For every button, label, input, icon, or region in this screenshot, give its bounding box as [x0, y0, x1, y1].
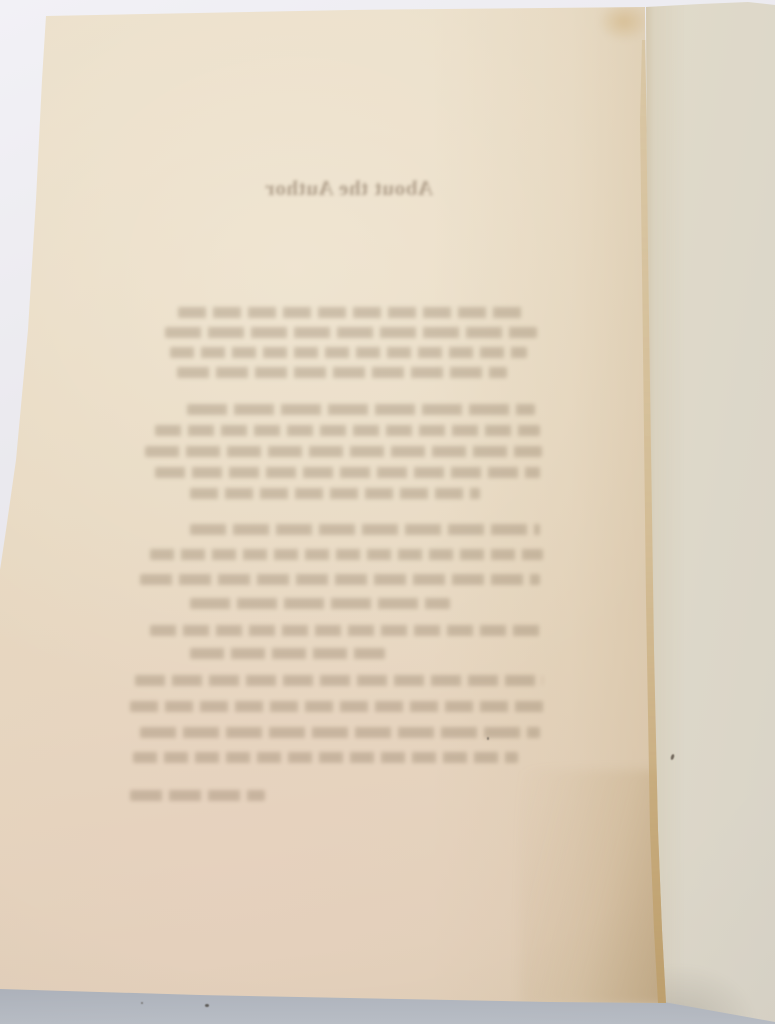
photo-open-book: About the Author: [0, 0, 775, 1024]
dust-speck: [205, 1004, 209, 1007]
dust-speck: [487, 737, 489, 740]
dust-speck: [141, 1002, 143, 1004]
dust-specks: [0, 0, 775, 1024]
dust-speck: [670, 754, 675, 761]
